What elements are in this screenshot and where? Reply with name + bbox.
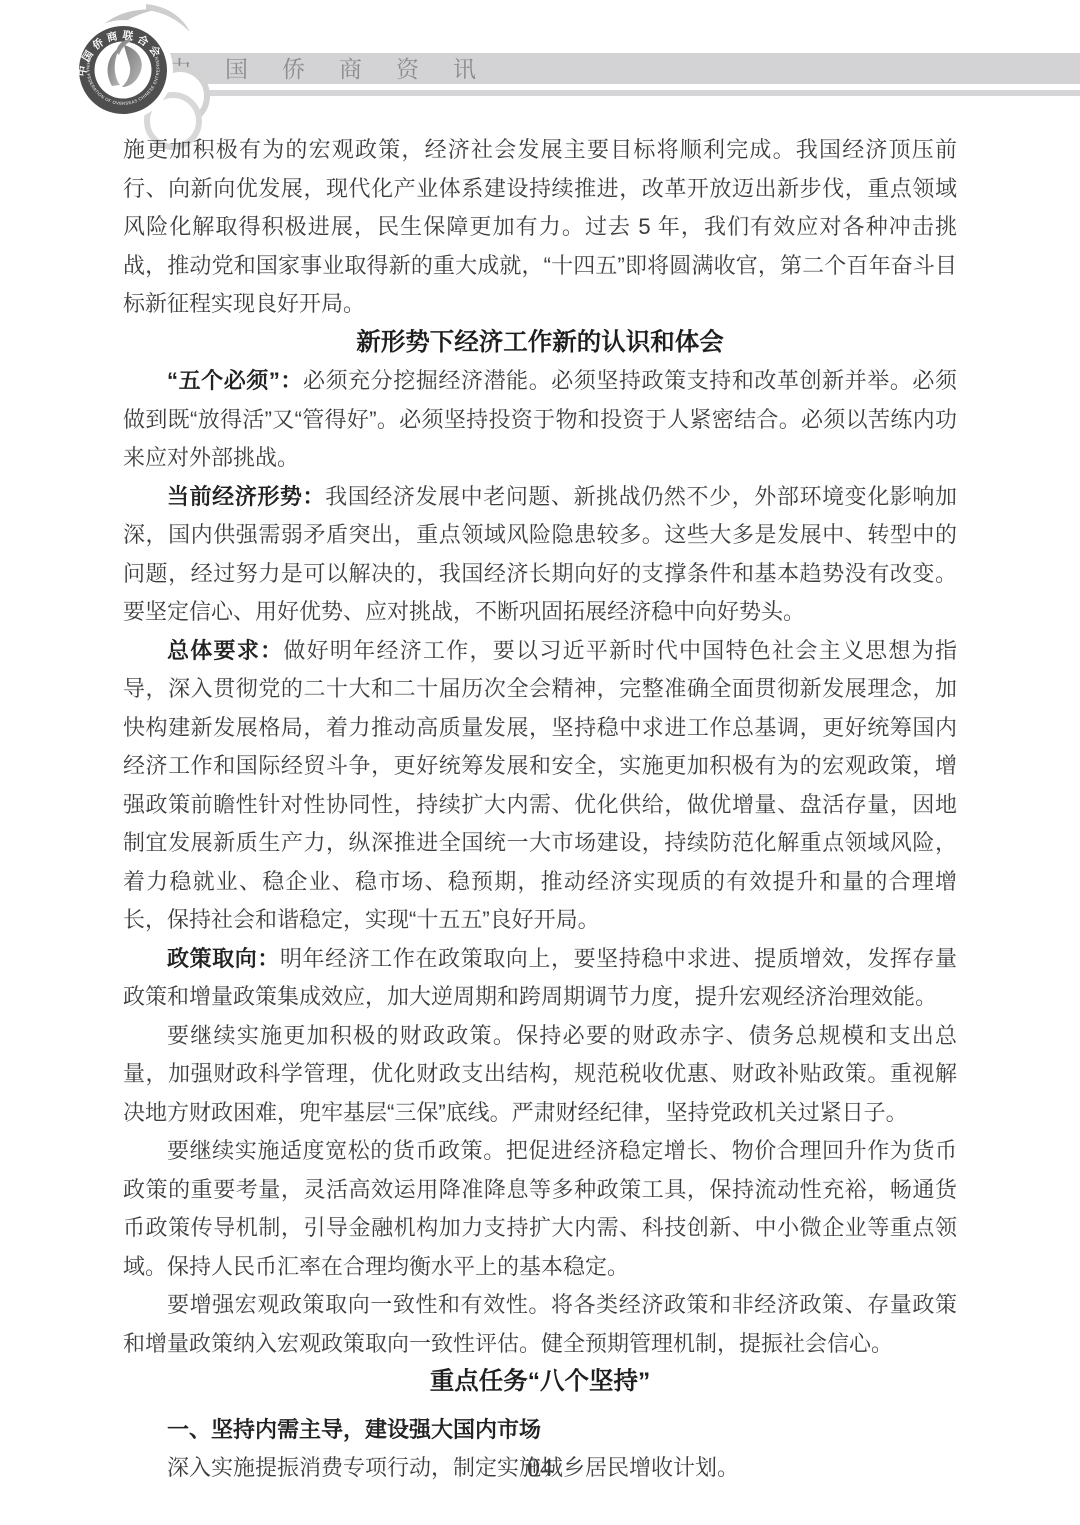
page-number: 04 bbox=[0, 1453, 1080, 1483]
document-body: 施更加积极有为的宏观政策，经济社会发展主要目标将顺利完成。我国经济顶压前行、向新… bbox=[123, 131, 957, 1488]
paragraph: 要增强宏观政策取向一致性和有效性。将各类经济政策和非经济政策、存量政策和增量政策… bbox=[123, 1286, 957, 1363]
paragraph-lead: 政策取向： bbox=[167, 946, 280, 971]
paragraph: 要继续实施适度宽松的货币政策。把促进经济稳定增长、物价合理回升作为货币政策的重要… bbox=[123, 1132, 957, 1286]
paragraph: 要继续实施更加积极的财政政策。保持必要的财政赤字、债务总规模和支出总量，加强财政… bbox=[123, 1017, 957, 1133]
paragraph-lead: “五个必须”： bbox=[167, 368, 303, 393]
heading-text: 新形势下经济工作新的认识和体会 bbox=[356, 329, 724, 356]
heading-text: 一、坚持内需主导，建设强大国内市场 bbox=[167, 1417, 541, 1442]
paragraph-lead: 当前经济形势： bbox=[167, 484, 325, 509]
paragraph-text: 施更加积极有为的宏观政策，经济社会发展主要目标将顺利完成。我国经济顶压前行、向新… bbox=[123, 137, 957, 316]
paragraph: “五个必须”：必须充分挖掘经济潜能。必须坚持政策支持和改革创新并举。必须做到既“… bbox=[123, 362, 957, 478]
header-band-underline bbox=[148, 90, 1080, 96]
paragraph: 政策取向：明年经济工作在政策取向上，要坚持稳中求进、提质增效，发挥存量政策和增量… bbox=[123, 940, 957, 1017]
paragraph-text: 要继续实施适度宽松的货币政策。把促进经济稳定增长、物价合理回升作为货币政策的重要… bbox=[123, 1138, 957, 1279]
paragraph: 施更加积极有为的宏观政策，经济社会发展主要目标将顺利完成。我国经济顶压前行、向新… bbox=[123, 131, 957, 324]
paragraph-text: 要继续实施更加积极的财政政策。保持必要的财政赤字、债务总规模和支出总量，加强财政… bbox=[123, 1023, 957, 1125]
paragraph: 当前经济形势：我国经济发展中老问题、新挑战仍然不少，外部环境变化影响加深，国内供… bbox=[123, 478, 957, 632]
paragraph-text: 做好明年经济工作，要以习近平新时代中国特色社会主义思想为指导，深入贯彻党的二十大… bbox=[123, 638, 957, 933]
task-subheading: 一、坚持内需主导，建设强大国内市场 bbox=[123, 1411, 957, 1450]
heading-text: 重点任务“八个坚持” bbox=[430, 1368, 651, 1395]
paragraph: 总体要求：做好明年经济工作，要以习近平新时代中国特色社会主义思想为指导，深入贯彻… bbox=[123, 632, 957, 940]
document-page: { "header": { "banner_title": "中国侨商资讯", … bbox=[0, 0, 1080, 1525]
paragraph-lead: 总体要求： bbox=[167, 638, 283, 663]
paragraph-text: 要增强宏观政策取向一致性和有效性。将各类经济政策和非经济政策、存量政策和增量政策… bbox=[123, 1292, 957, 1356]
section-heading: 新形势下经济工作新的认识和体会 bbox=[123, 324, 957, 363]
section-heading: 重点任务“八个坚持” bbox=[123, 1363, 957, 1402]
